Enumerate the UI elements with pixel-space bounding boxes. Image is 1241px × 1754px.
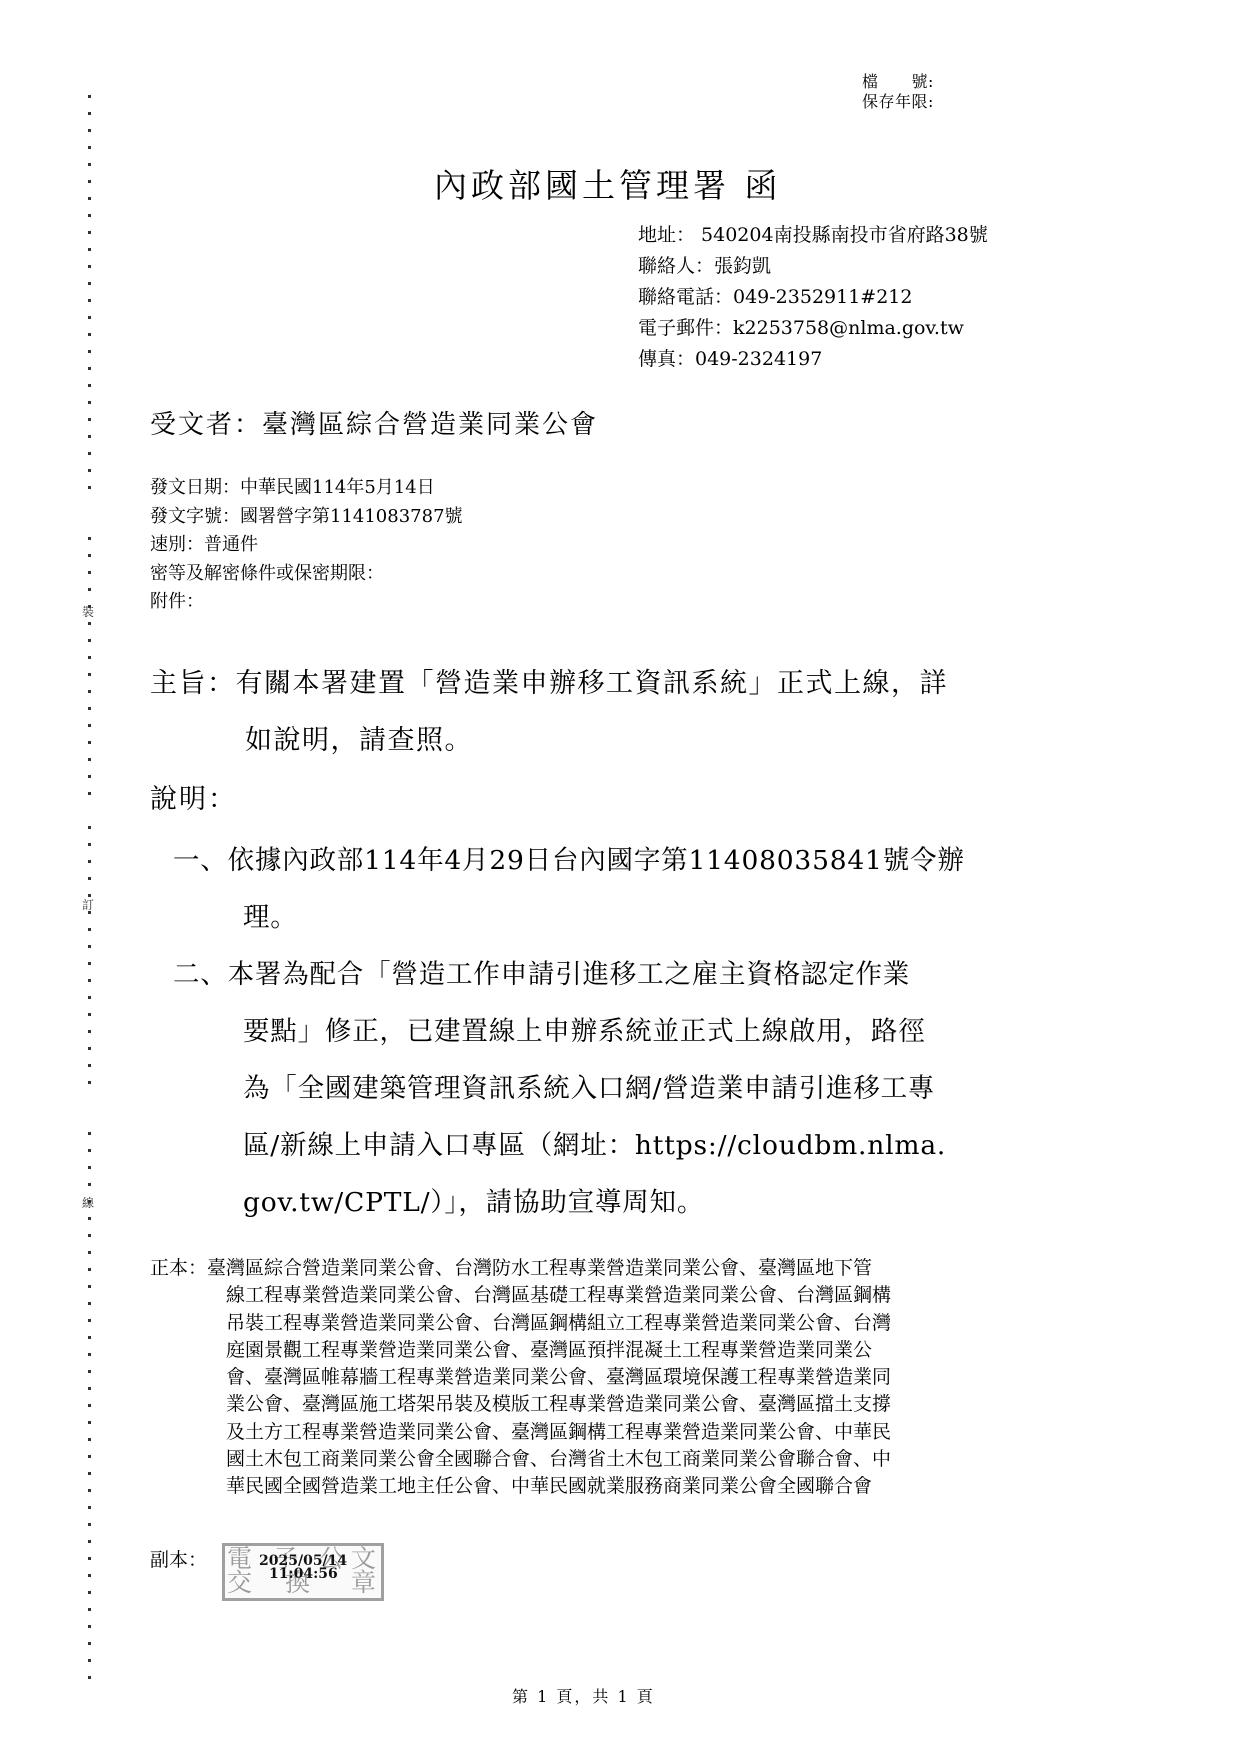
margin-dot [88,758,91,761]
stamp-time: 11:04:56 [269,1566,338,1582]
subject-line: 主旨：有關本署建置「營造業申辦移工資訊系統」正式上線，詳 [150,655,948,712]
explanation-line: gov.tw/CPTL/）」，請協助宣導周知。 [173,1174,946,1231]
margin-dot [88,1319,91,1322]
margin-dot [88,231,91,234]
margin-dot [88,401,91,404]
filing-info: 檔 號: 保存年限: [862,72,934,112]
distribution-line: 華民國全國營造業工地主任公會、中華民國就業服務商業同業公會全國聯合會 [150,1473,891,1500]
margin-dot [88,1455,91,1458]
distribution-copy-label: 副本： [150,1545,207,1572]
margin-dot [88,163,91,166]
margin-dot [88,435,91,438]
margin-dot [88,282,91,285]
margin-dot [88,265,91,268]
margin-dot [88,1370,91,1373]
margin-dot [88,452,91,455]
binding-mark-xian: 線 [82,1196,94,1210]
margin-dot [88,1421,91,1424]
explanation-item-2: 二、本署為配合「營造工作申請引進移工之雇主資格認定作業 要點」修正，已建置線上申… [173,946,946,1231]
margin-dot [88,248,91,251]
speed-class: 速別：普通件 [150,531,463,560]
distribution-line: 及土方工程專業營造業同業公會、臺灣區鋼構工程專業營造業同業公會、中華民 [150,1419,891,1446]
issue-date: 發文日期：中華民國114年5月14日 [150,474,463,503]
margin-dot [88,1353,91,1356]
stamp-char: 交 [227,1570,252,1596]
margin-dot [88,724,91,727]
margin-dot [88,843,91,846]
electronic-document-stamp: 電 子 公 文 交 換 章 2025/05/14 11:04:56 [222,1543,384,1601]
margin-dot [88,690,91,693]
margin-dot [88,1285,91,1288]
margin-dot [88,1251,91,1254]
margin-dot [88,1574,91,1577]
margin-dot [88,979,91,982]
margin-dot [88,673,91,676]
margin-dot [88,962,91,965]
distribution-original: 正本：臺灣區綜合營造業同業公會、台灣防水工程專業營造業同業公會、臺灣區地下管 線… [150,1255,891,1501]
distribution-line: 吊裝工程專業營造業同業公會、台灣區鋼構組立工程專業營造業同業公會、台灣 [150,1310,891,1337]
margin-dot [88,945,91,948]
margin-dot [88,333,91,336]
file-number-label: 檔 號: [862,72,934,92]
margin-dot [88,1625,91,1628]
binding-margin-dots [88,95,92,1685]
margin-dot [88,537,91,540]
margin-dot [88,775,91,778]
margin-dot [88,299,91,302]
explanation-line: 區/新線上申請入口專區（網址：https://cloudbm.nlma. [173,1117,946,1174]
margin-dot [88,112,91,115]
margin-dot [88,197,91,200]
explanation-line: 理。 [173,889,965,946]
contact-email: 電子郵件：k2253758@nlma.gov.tw [638,313,988,344]
margin-dot [88,1030,91,1033]
secrecy-level: 密等及解密條件或保密期限： [150,560,463,589]
contact-person: 聯絡人：張鈞凱 [638,251,988,282]
margin-dot [88,1183,91,1186]
margin-dot [88,469,91,472]
margin-dot [88,1608,91,1611]
binding-mark-zhuang: 裝 [82,605,94,619]
margin-dot [88,1166,91,1169]
explanation-line: 為「全國建築管理資訊系統入口網/營造業申請引進移工專 [173,1060,946,1117]
document-title: 內政部國土管理署 函 [434,160,782,207]
margin-dot [88,1540,91,1543]
margin-dot [88,367,91,370]
margin-dot [88,1557,91,1560]
margin-dot [88,1013,91,1016]
document-number: 發文字號：國署營字第1141083787號 [150,503,463,532]
margin-dot [88,316,91,319]
page-indicator: 第 1 頁，共 1 頁 [512,1684,655,1707]
margin-dot [88,146,91,149]
margin-dot [88,877,91,880]
retention-period-label: 保存年限: [862,92,934,112]
margin-dot [88,1506,91,1509]
explanation-line: 要點」修正，已建置線上申辦系統並正式上線啟用，路徑 [173,1003,946,1060]
explanation-heading: 說明： [150,777,237,816]
margin-dot [88,129,91,132]
margin-dot [88,741,91,744]
subject-line: 如說明，請查照。 [150,712,948,769]
contact-phone: 聯絡電話：049-2352911#212 [638,282,988,313]
distribution-line: 庭園景觀工程專業營造業同業公會、臺灣區預拌混凝土工程專業營造業同業公 [150,1337,891,1364]
margin-dot [88,928,91,931]
margin-dot [88,1336,91,1339]
margin-dot [88,384,91,387]
margin-dot [88,1659,91,1662]
explanation-line: 二、本署為配合「營造工作申請引進移工之雇主資格認定作業 [173,946,946,1003]
stamp-char: 章 [351,1570,376,1596]
margin-dot [88,1234,91,1237]
margin-dot [88,622,91,625]
margin-dot [88,95,91,98]
margin-dot [88,1642,91,1645]
margin-dot [88,656,91,659]
margin-dot [88,588,91,591]
margin-dot [88,1268,91,1271]
margin-dot [88,1523,91,1526]
margin-dot [88,1676,91,1679]
margin-dot [88,707,91,710]
margin-dot [88,1081,91,1084]
margin-dot [88,1489,91,1492]
margin-dot [88,1591,91,1594]
margin-dot [88,350,91,353]
margin-dot [88,1047,91,1050]
margin-dot [88,996,91,999]
margin-dot [88,1132,91,1135]
margin-dot [88,1387,91,1390]
margin-dot [88,180,91,183]
margin-dot [88,826,91,829]
margin-dot [88,1404,91,1407]
address: 地址： 540204南投縣南投市省府路38號 [638,220,988,251]
distribution-line: 國土木包工商業同業公會全國聯合會、台灣省土木包工商業同業公會聯合會、中 [150,1446,891,1473]
margin-dot [88,1217,91,1220]
margin-dot [88,1438,91,1441]
margin-dot [88,214,91,217]
distribution-line: 業公會、臺灣區施工塔架吊裝及模版工程專業營造業同業公會、臺灣區擋土支撐 [150,1391,891,1418]
margin-dot [88,1064,91,1067]
margin-dot [88,860,91,863]
contact-block: 地址： 540204南投縣南投市省府路38號 聯絡人：張鈞凱 聯絡電話：049-… [638,220,988,375]
margin-dot [88,1472,91,1475]
explanation-line: 一、依據內政部114年4月29日台內國字第11408035841號令辦 [173,832,965,889]
recipient: 受文者：臺灣區綜合營造業同業公會 [150,404,598,441]
margin-dot [88,1149,91,1152]
contact-fax: 傳真：049-2324197 [638,344,988,375]
margin-dot [88,894,91,897]
margin-dot [88,792,91,795]
explanation-item-1: 一、依據內政部114年4月29日台內國字第11408035841號令辦 理。 [173,832,965,946]
margin-dot [88,1302,91,1305]
margin-dot [88,554,91,557]
distribution-line: 會、臺灣區帷幕牆工程專業營造業同業公會、臺灣區環境保護工程專業營造業同 [150,1364,891,1391]
margin-dot [88,639,91,642]
attachment: 附件： [150,588,463,617]
margin-dot [88,571,91,574]
margin-dot [88,418,91,421]
document-meta: 發文日期：中華民國114年5月14日 發文字號：國署營字第1141083787號… [150,474,463,617]
distribution-line: 線工程專業營造業同業公會、台灣區基礎工程專業營造業同業公會、台灣區鋼構 [150,1282,891,1309]
binding-mark-ding: 訂 [82,898,94,912]
subject: 主旨：有關本署建置「營造業申辦移工資訊系統」正式上線，詳 如說明，請查照。 [150,655,948,769]
margin-dot [88,486,91,489]
distribution-line: 正本：臺灣區綜合營造業同業公會、台灣防水工程專業營造業同業公會、臺灣區地下管 [150,1255,891,1282]
